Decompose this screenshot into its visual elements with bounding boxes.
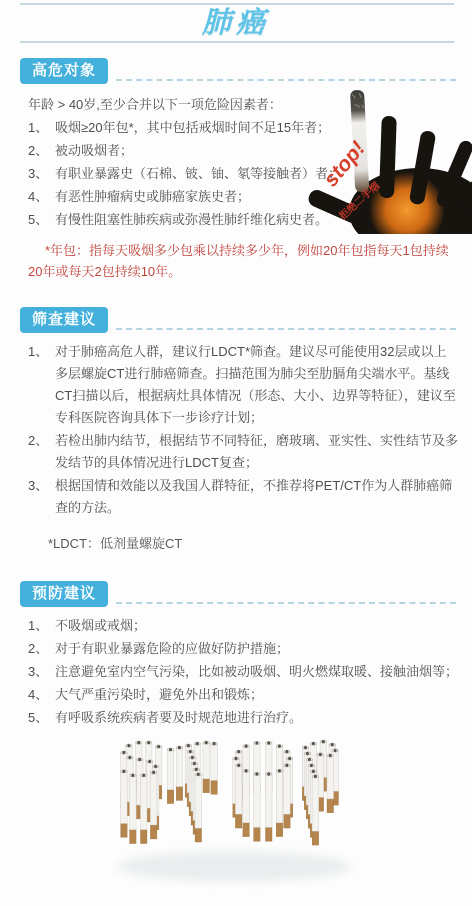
item-text: 不吸烟或戒烟；	[55, 615, 458, 637]
page-title: 肺癌	[0, 5, 472, 41]
item-text: 有慢性阻塞性肺疾病或弥漫性肺纤维化病史者。	[55, 209, 458, 231]
item-number: 1、	[28, 117, 55, 139]
stop-cigarettes-image	[107, 735, 365, 906]
item-text: 注意避免室内空气污染，比如被动吸烟、明火燃煤取暖、接触油烟等；	[55, 661, 458, 683]
section-heading-badge: 预防建议	[20, 581, 108, 607]
dashed-divider	[116, 602, 456, 604]
item-text: 吸烟≥20年包*，其中包括戒烟时间不足15年者；	[55, 117, 458, 139]
list-item: 4、 大气严重污染时，避免外出和锻炼；	[28, 684, 458, 706]
item-number: 1、	[28, 341, 55, 429]
item-text: 有恶性肿瘤病史或肺癌家族史者；	[55, 186, 458, 208]
list-item: 5、 有慢性阻塞性肺疾病或弥漫性肺纤维化病史者。	[28, 209, 458, 231]
list-item: 2、 若检出肺内结节，根据结节不同特征，磨玻璃、亚实性、实性结节及多发结节的具体…	[28, 430, 458, 474]
item-number: 4、	[28, 186, 55, 208]
item-number: 5、	[28, 707, 55, 729]
dashed-divider	[116, 328, 456, 330]
section-screening: 筛查建议 1、 对于肺癌高危人群，建议行LDCT*筛查。建议尽可能使用32层或以…	[0, 307, 472, 554]
list-item: 3、 根据国情和效能以及我国人群特征，不推荐将PET/CT作为人群肺癌筛查的方法…	[28, 475, 458, 519]
item-number: 2、	[28, 140, 55, 162]
section-high-risk: 高危对象 年龄 > 40岁,至少合并以下一项危险因素者： 1、 吸烟≥20年包*…	[0, 58, 472, 282]
reflection-shadow	[117, 852, 351, 882]
list-item: 1、 不吸烟或戒烟；	[28, 615, 458, 637]
pack-year-footnote: *年包：指每天吸烟多少包乘以持续多少年，例如20年包指每天1包持续20年或每天2…	[28, 240, 458, 282]
list-item: 3、 注意避免室内空气污染，比如被动吸烟、明火燃煤取暖、接触油烟等；	[28, 661, 458, 683]
item-number: 4、	[28, 684, 55, 706]
list-item: 5、 有呼吸系统疾病者要及时规范地进行治疗。	[28, 707, 458, 729]
item-text: 有职业暴露史（石棉、铍、铀、氡等接触者）者；	[55, 163, 458, 185]
title-divider	[20, 41, 454, 43]
item-number: 3、	[28, 475, 55, 519]
list-item: 2、 对于有职业暴露危险的应做好防护措施；	[28, 638, 458, 660]
item-number: 2、	[28, 430, 55, 474]
list-item: 1、 吸烟≥20年包*，其中包括戒烟时间不足15年者；	[28, 117, 458, 139]
item-text: 大气严重污染时，避免外出和锻炼；	[55, 684, 458, 706]
list-item: 4、 有恶性肿瘤病史或肺癌家族史者；	[28, 186, 458, 208]
item-text: 根据国情和效能以及我国人群特征，不推荐将PET/CT作为人群肺癌筛查的方法。	[55, 475, 458, 519]
item-number: 3、	[28, 163, 55, 185]
lung-cancer-infographic: 肺癌	[0, 0, 472, 906]
ldct-footnote: *LDCT：低剂量螺旋CT	[48, 533, 458, 554]
item-number: 3、	[28, 661, 55, 683]
item-number: 2、	[28, 638, 55, 660]
item-text: 若检出肺内结节，根据结节不同特征，磨玻璃、亚实性、实性结节及多发结节的具体情况进…	[55, 430, 458, 474]
section-heading-badge: 筛查建议	[20, 307, 108, 333]
item-text: 对于有职业暴露危险的应做好防护措施；	[55, 638, 458, 660]
dashed-divider	[116, 79, 456, 81]
high-risk-intro: 年龄 > 40岁,至少合并以下一项危险因素者：	[28, 94, 316, 116]
section-prevention: 预防建议 1、 不吸烟或戒烟； 2、 对于有职业暴露危险的应做好防护措施； 3、…	[0, 581, 472, 729]
list-item: 1、 对于肺癌高危人群，建议行LDCT*筛查。建议尽可能使用32层或以上多层螺旋…	[28, 341, 458, 429]
list-item: 2、 被动吸烟者；	[28, 140, 458, 162]
item-text: 对于肺癌高危人群，建议行LDCT*筛查。建议尽可能使用32层或以上多层螺旋CT进…	[55, 341, 458, 429]
item-text: 有呼吸系统疾病者要及时规范地进行治疗。	[55, 707, 458, 729]
item-number: 1、	[28, 615, 55, 637]
item-text: 被动吸烟者；	[55, 140, 458, 162]
section-heading-badge: 高危对象	[20, 58, 108, 84]
item-number: 5、	[28, 209, 55, 231]
list-item: 3、 有职业暴露史（石棉、铍、铀、氡等接触者）者；	[28, 163, 458, 185]
